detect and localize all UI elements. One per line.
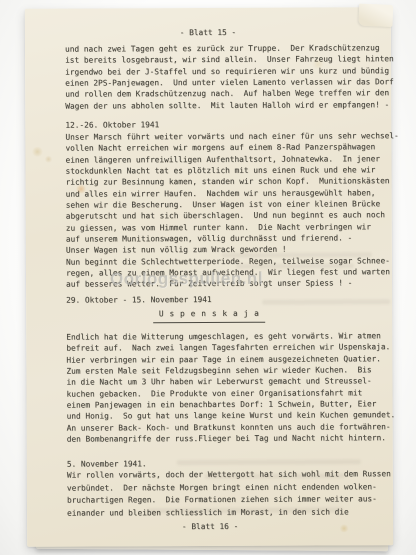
date-heading-2: 29. Oktober - 15. November 1941: [66, 294, 212, 306]
foxing-stain: [31, 147, 43, 157]
text-line: auf unserem Munitionswagen, völlig durch…: [66, 232, 396, 245]
paragraph-1: und nach zwei Tagen geht es zurück zur T…: [65, 42, 395, 112]
text-line: Wagen der uns abholen sollte. Mit lauten…: [65, 99, 395, 112]
paragraph-3: Endlich hat die Witterung umgeschlagen, …: [66, 330, 396, 445]
place-heading: U s p e n s k a j a: [26, 307, 392, 323]
foxing-stain: [44, 156, 52, 163]
document-page: - Blatt 15 - und nach zwei Tagen geht es…: [25, 7, 393, 547]
bleed-through-mark: [177, 459, 361, 464]
paragraph-2: Unser Marsch führt weiter vorwärts und n…: [65, 130, 396, 290]
page-header: - Blatt 15 -: [25, 26, 391, 39]
date-heading-3: 5. November 1941.: [67, 458, 147, 470]
text-line: den Bombenangriffe der russ.Flieger bei …: [67, 432, 397, 445]
date-heading-1: 12.-26. Oktober 1941: [65, 119, 159, 131]
text-line: bruchartigen Regen. Die Formationen zieh…: [67, 493, 397, 507]
page-corner-fold: [358, 4, 393, 27]
text-line: Wir rollen vorwärts, doch der Wettergott…: [67, 468, 397, 482]
place-heading-text: U s p e n s k a j a: [153, 308, 266, 323]
page-footer: - Blatt 16 -: [27, 520, 393, 533]
paragraph-4: Wir rollen vorwärts, doch der Wettergott…: [67, 468, 397, 520]
bleed-through-mark: [262, 299, 390, 304]
text-line: einander und bleiben schliesslich im Mor…: [67, 506, 397, 520]
watermark-text: Oorlogsspullen.nl: [110, 269, 263, 290]
